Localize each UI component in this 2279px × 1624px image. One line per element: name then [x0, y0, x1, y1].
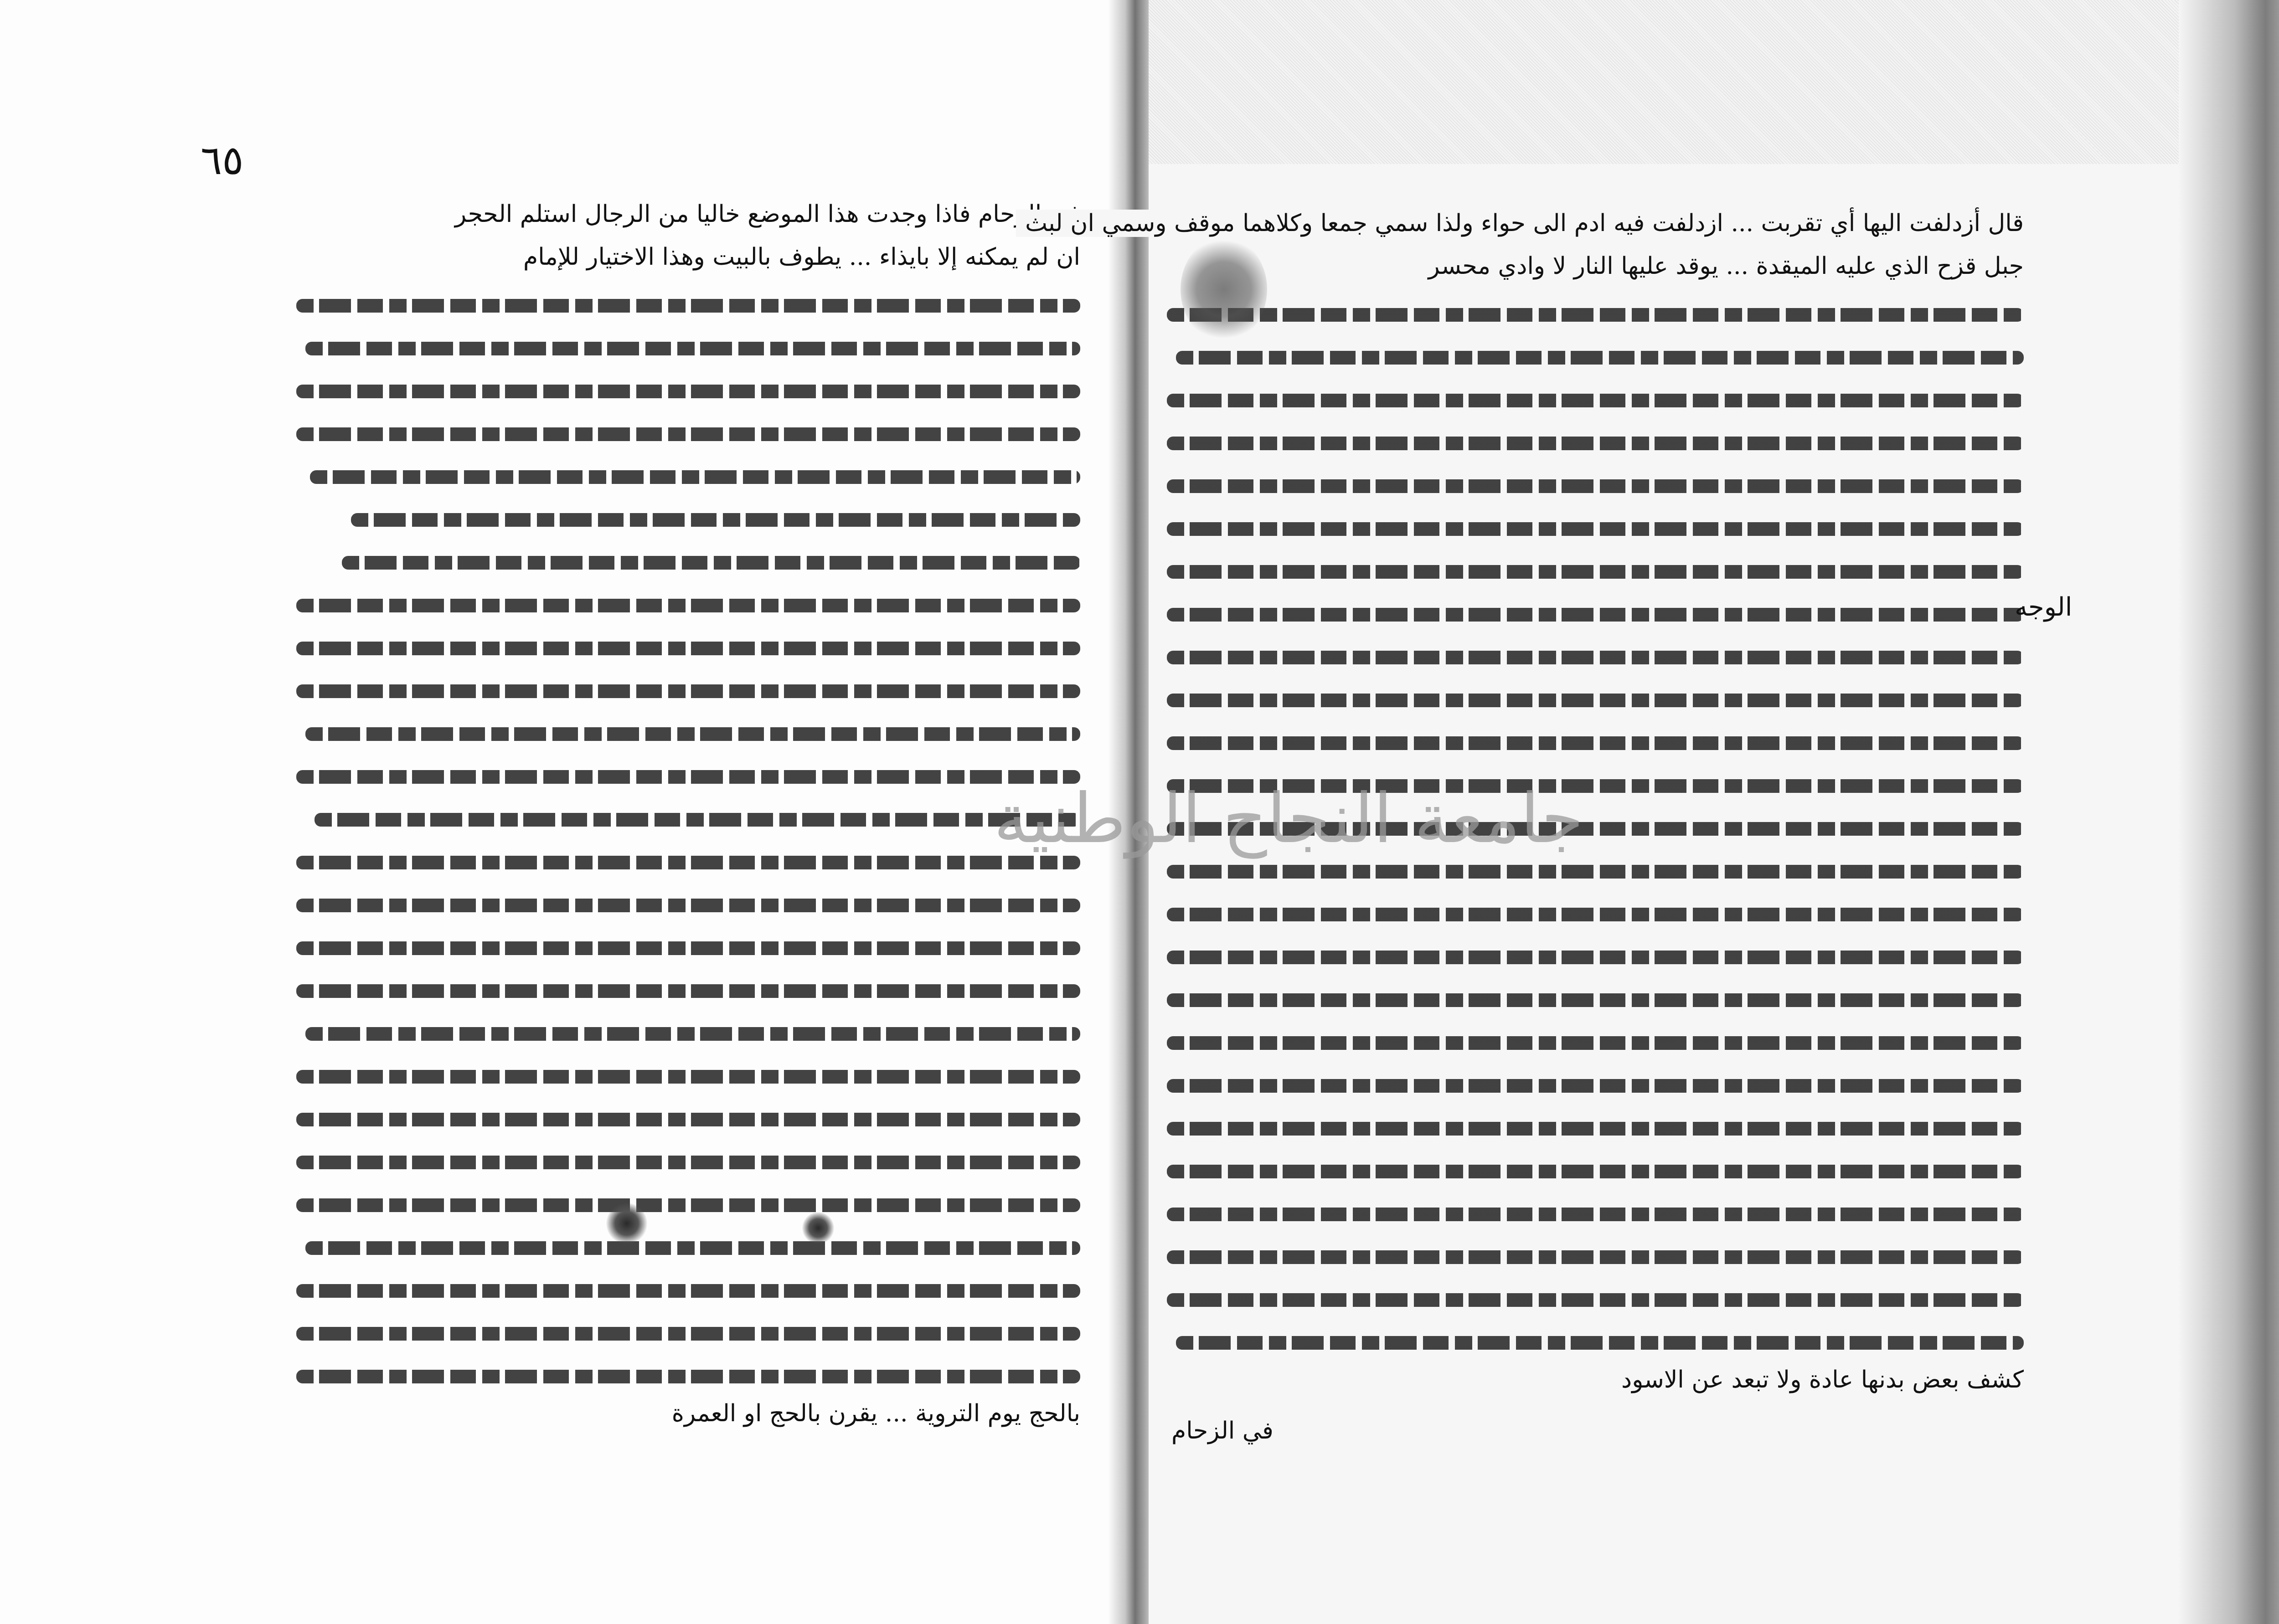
- text-line: [292, 453, 1080, 496]
- handwritten-line: [1167, 1079, 2024, 1093]
- handwritten-line: [296, 984, 1080, 998]
- handwritten-line: [1167, 479, 2024, 493]
- text-line: [292, 1095, 1080, 1138]
- text-line: [292, 1267, 1080, 1310]
- text-line-content: بالحج يوم التروية ... يقرن بالحج او العم…: [663, 1400, 1080, 1427]
- text-line: [1158, 291, 2024, 334]
- handwritten-line: [296, 856, 1080, 869]
- text-line: [1158, 1105, 2024, 1147]
- text-line-content: في الزحام فاذا وجدت هذا الموضع خاليا من …: [446, 200, 1080, 228]
- handwritten-line: [1167, 608, 2024, 622]
- text-line: [1158, 1233, 2024, 1276]
- text-line: جبل قزح الذي عليه الميقدة ... يوقد عليها…: [1158, 248, 2024, 291]
- handwritten-line: [296, 899, 1080, 912]
- handwritten-line: [1167, 437, 2024, 450]
- watermark: جامعة النجاح الوطنية: [994, 779, 1583, 858]
- catchword: في الزحام: [1171, 1417, 1274, 1444]
- ink-blot: [606, 1203, 647, 1244]
- handwritten-line: [1167, 1122, 2024, 1136]
- text-line: [1158, 591, 2024, 633]
- handwritten-line: [310, 470, 1080, 484]
- text-line: [1158, 376, 2024, 419]
- handwritten-line: [1167, 951, 2024, 964]
- handwritten-line: [1167, 736, 2024, 750]
- manuscript-scan: ٦٥ في الزحام فاذا وجدت هذا الموضع خاليا …: [0, 0, 2279, 1624]
- text-line: في الزحام فاذا وجدت هذا الموضع خاليا من …: [292, 196, 1080, 239]
- text-line: [292, 710, 1080, 753]
- text-line: [292, 1181, 1080, 1224]
- handwritten-line: [1167, 565, 2024, 579]
- text-line: [1158, 1190, 2024, 1233]
- text-line: [1158, 419, 2024, 462]
- text-line: [292, 881, 1080, 924]
- handwritten-line: [1176, 351, 2024, 365]
- text-line: [292, 539, 1080, 581]
- handwritten-line: [296, 1113, 1080, 1126]
- text-line: [292, 324, 1080, 367]
- text-line-content: كشف بعض بدنها عادة ولا تبعد عن الاسود: [1612, 1366, 2024, 1393]
- text-line: [1158, 676, 2024, 719]
- handwritten-line: [305, 1027, 1080, 1041]
- text-line: [1158, 633, 2024, 676]
- text-line: [292, 967, 1080, 1010]
- text-line: [292, 1310, 1080, 1352]
- handwritten-line: [296, 1284, 1080, 1298]
- stain: [1181, 237, 1267, 342]
- handwritten-line: [296, 599, 1080, 612]
- handwritten-line: [315, 813, 1080, 827]
- handwritten-line: [296, 770, 1080, 784]
- handwritten-line: [1167, 993, 2024, 1007]
- outer-page-shadow: [2179, 0, 2279, 1624]
- text-line: [292, 1053, 1080, 1095]
- handwritten-line: [1167, 1036, 2024, 1050]
- handwritten-line: [1167, 694, 2024, 707]
- text-line: [1158, 334, 2024, 376]
- handwritten-line: [296, 1156, 1080, 1169]
- left-page: ٦٥ في الزحام فاذا وجدت هذا الموضع خاليا …: [0, 0, 1112, 1624]
- text-line: [1158, 1062, 2024, 1105]
- text-line: بالحج يوم التروية ... يقرن بالحج او العم…: [292, 1395, 1080, 1438]
- text-line: [1158, 976, 2024, 1019]
- text-line-content: قال أزدلفت اليها أي تقربت ... ازدلفت فيه…: [1016, 210, 2024, 237]
- handwritten-line: [296, 941, 1080, 955]
- text-line: [1158, 462, 2024, 505]
- folio-number: ٦٥: [201, 137, 244, 184]
- text-line: [292, 624, 1080, 667]
- text-line: [292, 1138, 1080, 1181]
- text-line: قال أزدلفت اليها أي تقربت ... ازدلفت فيه…: [1158, 205, 2024, 248]
- handwritten-line: [296, 385, 1080, 398]
- handwritten-line: [305, 1241, 1080, 1255]
- text-line: [292, 581, 1080, 624]
- text-line: [292, 1352, 1080, 1395]
- text-line: [1158, 719, 2024, 762]
- handwritten-line: [1167, 865, 2024, 879]
- text-line: كشف بعض بدنها عادة ولا تبعد عن الاسود: [1158, 1362, 2024, 1404]
- handwritten-line: [1167, 651, 2024, 664]
- handwritten-line: [1167, 1250, 2024, 1264]
- handwritten-line: [296, 684, 1080, 698]
- text-line: [1158, 933, 2024, 976]
- handwritten-line: [1167, 908, 2024, 921]
- text-line: [1158, 1147, 2024, 1190]
- text-line: [1158, 548, 2024, 591]
- text-line: [1158, 1019, 2024, 1062]
- handwritten-line: [1167, 1165, 2024, 1178]
- handwritten-line: [296, 1070, 1080, 1084]
- text-line: [292, 924, 1080, 967]
- text-line: [292, 1224, 1080, 1267]
- text-line: [292, 410, 1080, 453]
- text-line: [292, 753, 1080, 796]
- handwritten-line: [1167, 308, 2024, 322]
- text-line: ان لم يمكنه إلا بايذاء ... يطوف بالبيت و…: [292, 239, 1080, 282]
- text-line-content: ان لم يمكنه إلا بايذاء ... يطوف بالبيت و…: [514, 243, 1080, 271]
- handwritten-line: [1176, 1336, 2024, 1350]
- handwritten-line: [296, 1327, 1080, 1341]
- ink-blot: [802, 1212, 834, 1244]
- handwritten-line: [296, 427, 1080, 441]
- handwritten-line: [351, 513, 1080, 527]
- left-page-text: في الزحام فاذا وجدت هذا الموضع خاليا من …: [292, 196, 1080, 1438]
- text-line-content: جبل قزح الذي عليه الميقدة ... يوقد عليها…: [1419, 252, 2024, 280]
- text-line: [292, 838, 1080, 881]
- handwritten-line: [342, 556, 1080, 570]
- handwritten-line: [1167, 1208, 2024, 1221]
- text-line: [1158, 890, 2024, 933]
- text-line: [292, 1010, 1080, 1053]
- text-line: [1158, 1276, 2024, 1319]
- text-line: [292, 496, 1080, 539]
- text-line: [292, 282, 1080, 324]
- handwritten-line: [296, 642, 1080, 655]
- margin-note: الوجه: [2015, 592, 2072, 622]
- text-line: [292, 667, 1080, 710]
- handwritten-line: [296, 1370, 1080, 1383]
- handwritten-line: [305, 727, 1080, 741]
- handwritten-line: [296, 1198, 1080, 1212]
- handwritten-line: [1167, 522, 2024, 536]
- handwritten-line: [1167, 394, 2024, 407]
- handwritten-line: [296, 299, 1080, 313]
- text-line: [1158, 1319, 2024, 1362]
- text-line: [1158, 505, 2024, 548]
- handwritten-line: [1167, 1293, 2024, 1307]
- text-line: [292, 796, 1080, 838]
- handwritten-line: [305, 342, 1080, 355]
- text-line: [292, 367, 1080, 410]
